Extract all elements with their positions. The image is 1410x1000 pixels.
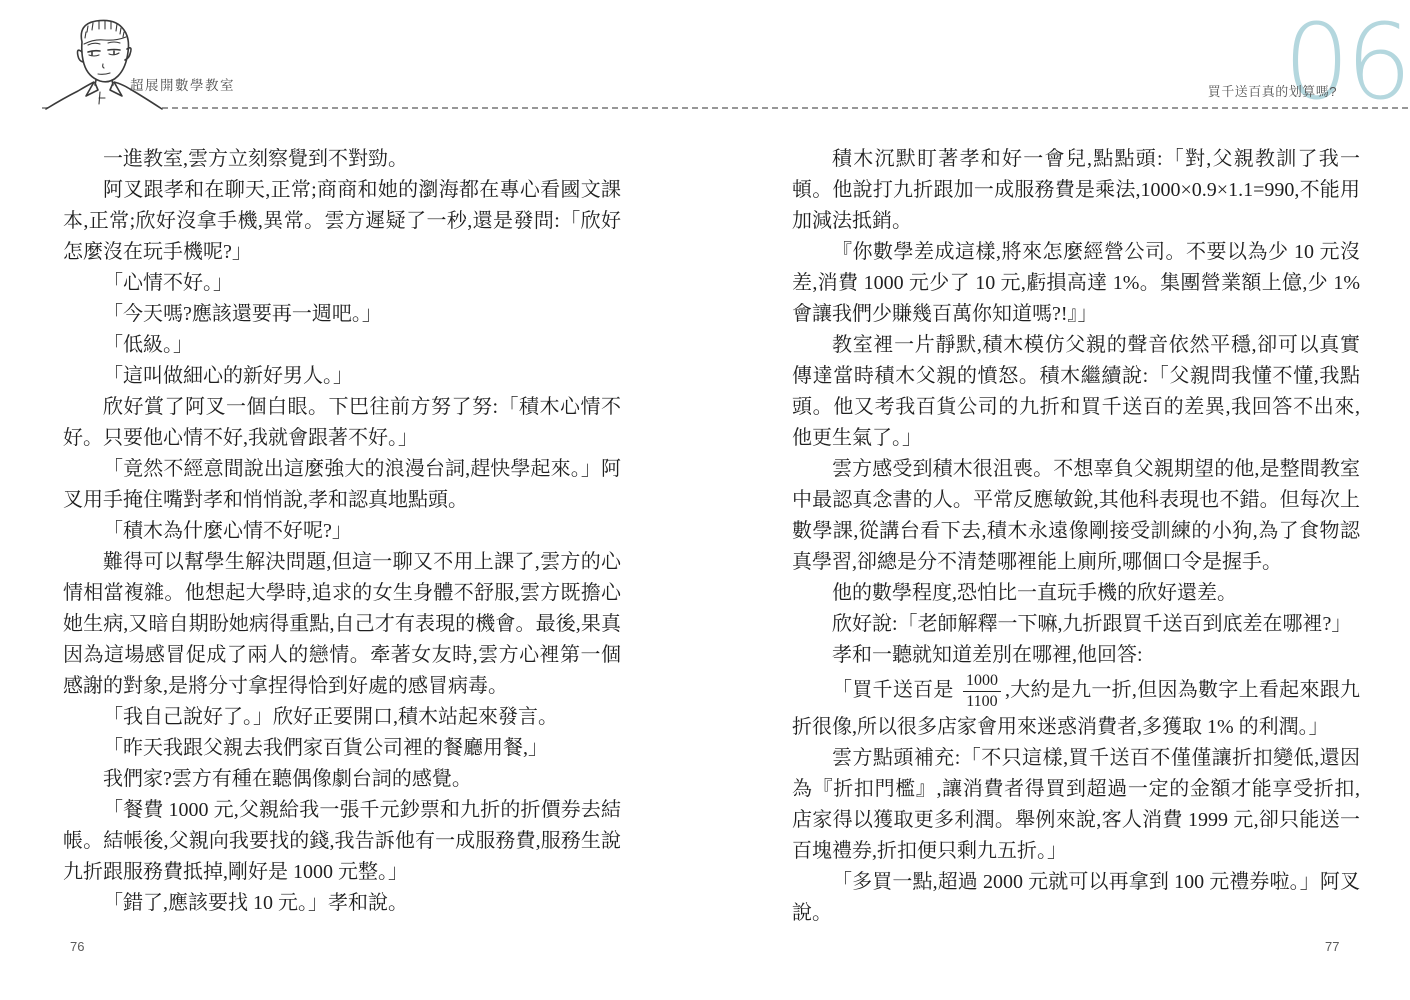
paragraph: 難得可以幫學生解決問題,但這一聊又不用上課了,雲方的心情相當複雜。他想起大學時,… [63,547,621,702]
chapter-title: 買千送百真的划算嗎? [1208,81,1337,100]
paragraph: 「積木為什麼心情不好呢?」 [63,516,621,547]
page-number-right: 77 [1325,939,1339,954]
paragraph: 「餐費 1000 元,父親給我一張千元鈔票和九折的折價券去結帳。結帳後,父親向我… [63,795,621,888]
paragraph: 雲方點頭補充:「不只這樣,買千送百不僅僅讓折扣變低,還因為『折扣門檻』,讓消費者… [792,743,1360,867]
paragraph: 「今天嗎?應該還要再一週吧。」 [63,299,621,330]
paragraph: 一進教室,雲方立刻察覺到不對勁。 [63,144,621,175]
paragraph: 欣好說:「老師解釋一下嘛,九折跟買千送百到底差在哪裡?」 [792,609,1360,640]
paragraph: 教室裡一片靜默,積木模仿父親的聲音依然平穩,卻可以真實傳達當時積木父親的憤怒。積… [792,330,1360,454]
paragraph: 「心情不好。」 [63,268,621,299]
right-page: 積木沉默盯著孝和好一會兒,點點頭:「對,父親教訓了我一頓。他說打九折跟加一成服務… [792,144,1360,929]
paragraph: 『你數學差成這樣,將來怎麼經營公司。不要以為少 10 元沒差,消費 1000 元… [792,237,1360,330]
paragraph: 我們家?雲方有種在聽偶像劇台詞的感覺。 [63,764,621,795]
paragraph: 雲方感受到積木很沮喪。不想辜負父親期望的他,是整間教室中最認真念書的人。平常反應… [792,454,1360,578]
paragraph: 欣好賞了阿叉一個白眼。下巴往前方努了努:「積木心情不好。只要他心情不好,我就會跟… [63,392,621,454]
paragraph: 阿叉跟孝和在聊天,正常;商商和她的瀏海都在專心看國文課本,正常;欣好沒拿手機,異… [63,175,621,268]
student-sketch-icon [42,16,166,110]
paragraph: 「低級。」 [63,330,621,361]
left-page: 一進教室,雲方立刻察覺到不對勁。 阿叉跟孝和在聊天,正常;商商和她的瀏海都在專心… [63,144,621,919]
paragraph: 「昨天我跟父親去我們家百貨公司裡的餐廳用餐,」 [63,733,621,764]
fraction-denominator: 1100 [963,692,1001,712]
fraction-pre-text: 「買千送百是 [832,679,959,701]
paragraph: 他的數學程度,恐怕比一直玩手機的欣好還差。 [792,578,1360,609]
paragraph-with-fraction: 「買千送百是 10001100,大約是九一折,但因為數字上看起來跟九折很像,所以… [792,671,1360,743]
paragraph: 「這叫做細心的新好男人。」 [63,361,621,392]
paragraph: 「多買一點,超過 2000 元就可以再拿到 100 元禮券啦。」阿叉說。 [792,867,1360,929]
paragraph: 「竟然不經意間說出這麼強大的浪漫台詞,趕快學起來。」阿叉用手掩住嘴對孝和悄悄說,… [63,454,621,516]
series-title: 超展開數學教室 [130,74,235,94]
paragraph: 「錯了,應該要找 10 元。」孝和說。 [63,888,621,919]
fraction-numerator: 1000 [963,671,1001,692]
page-number-left: 76 [70,939,84,954]
header-divider-dashed [42,107,1408,109]
paragraph: 孝和一聽就知道差別在哪裡,他回答: [792,640,1360,671]
paragraph: 積木沉默盯著孝和好一會兒,點點頭:「對,父親教訓了我一頓。他說打九折跟加一成服務… [792,144,1360,237]
fraction-1000-over-1100: 10001100 [963,671,1001,712]
paragraph: 「我自己說好了。」欣好正要開口,積木站起來發言。 [63,702,621,733]
